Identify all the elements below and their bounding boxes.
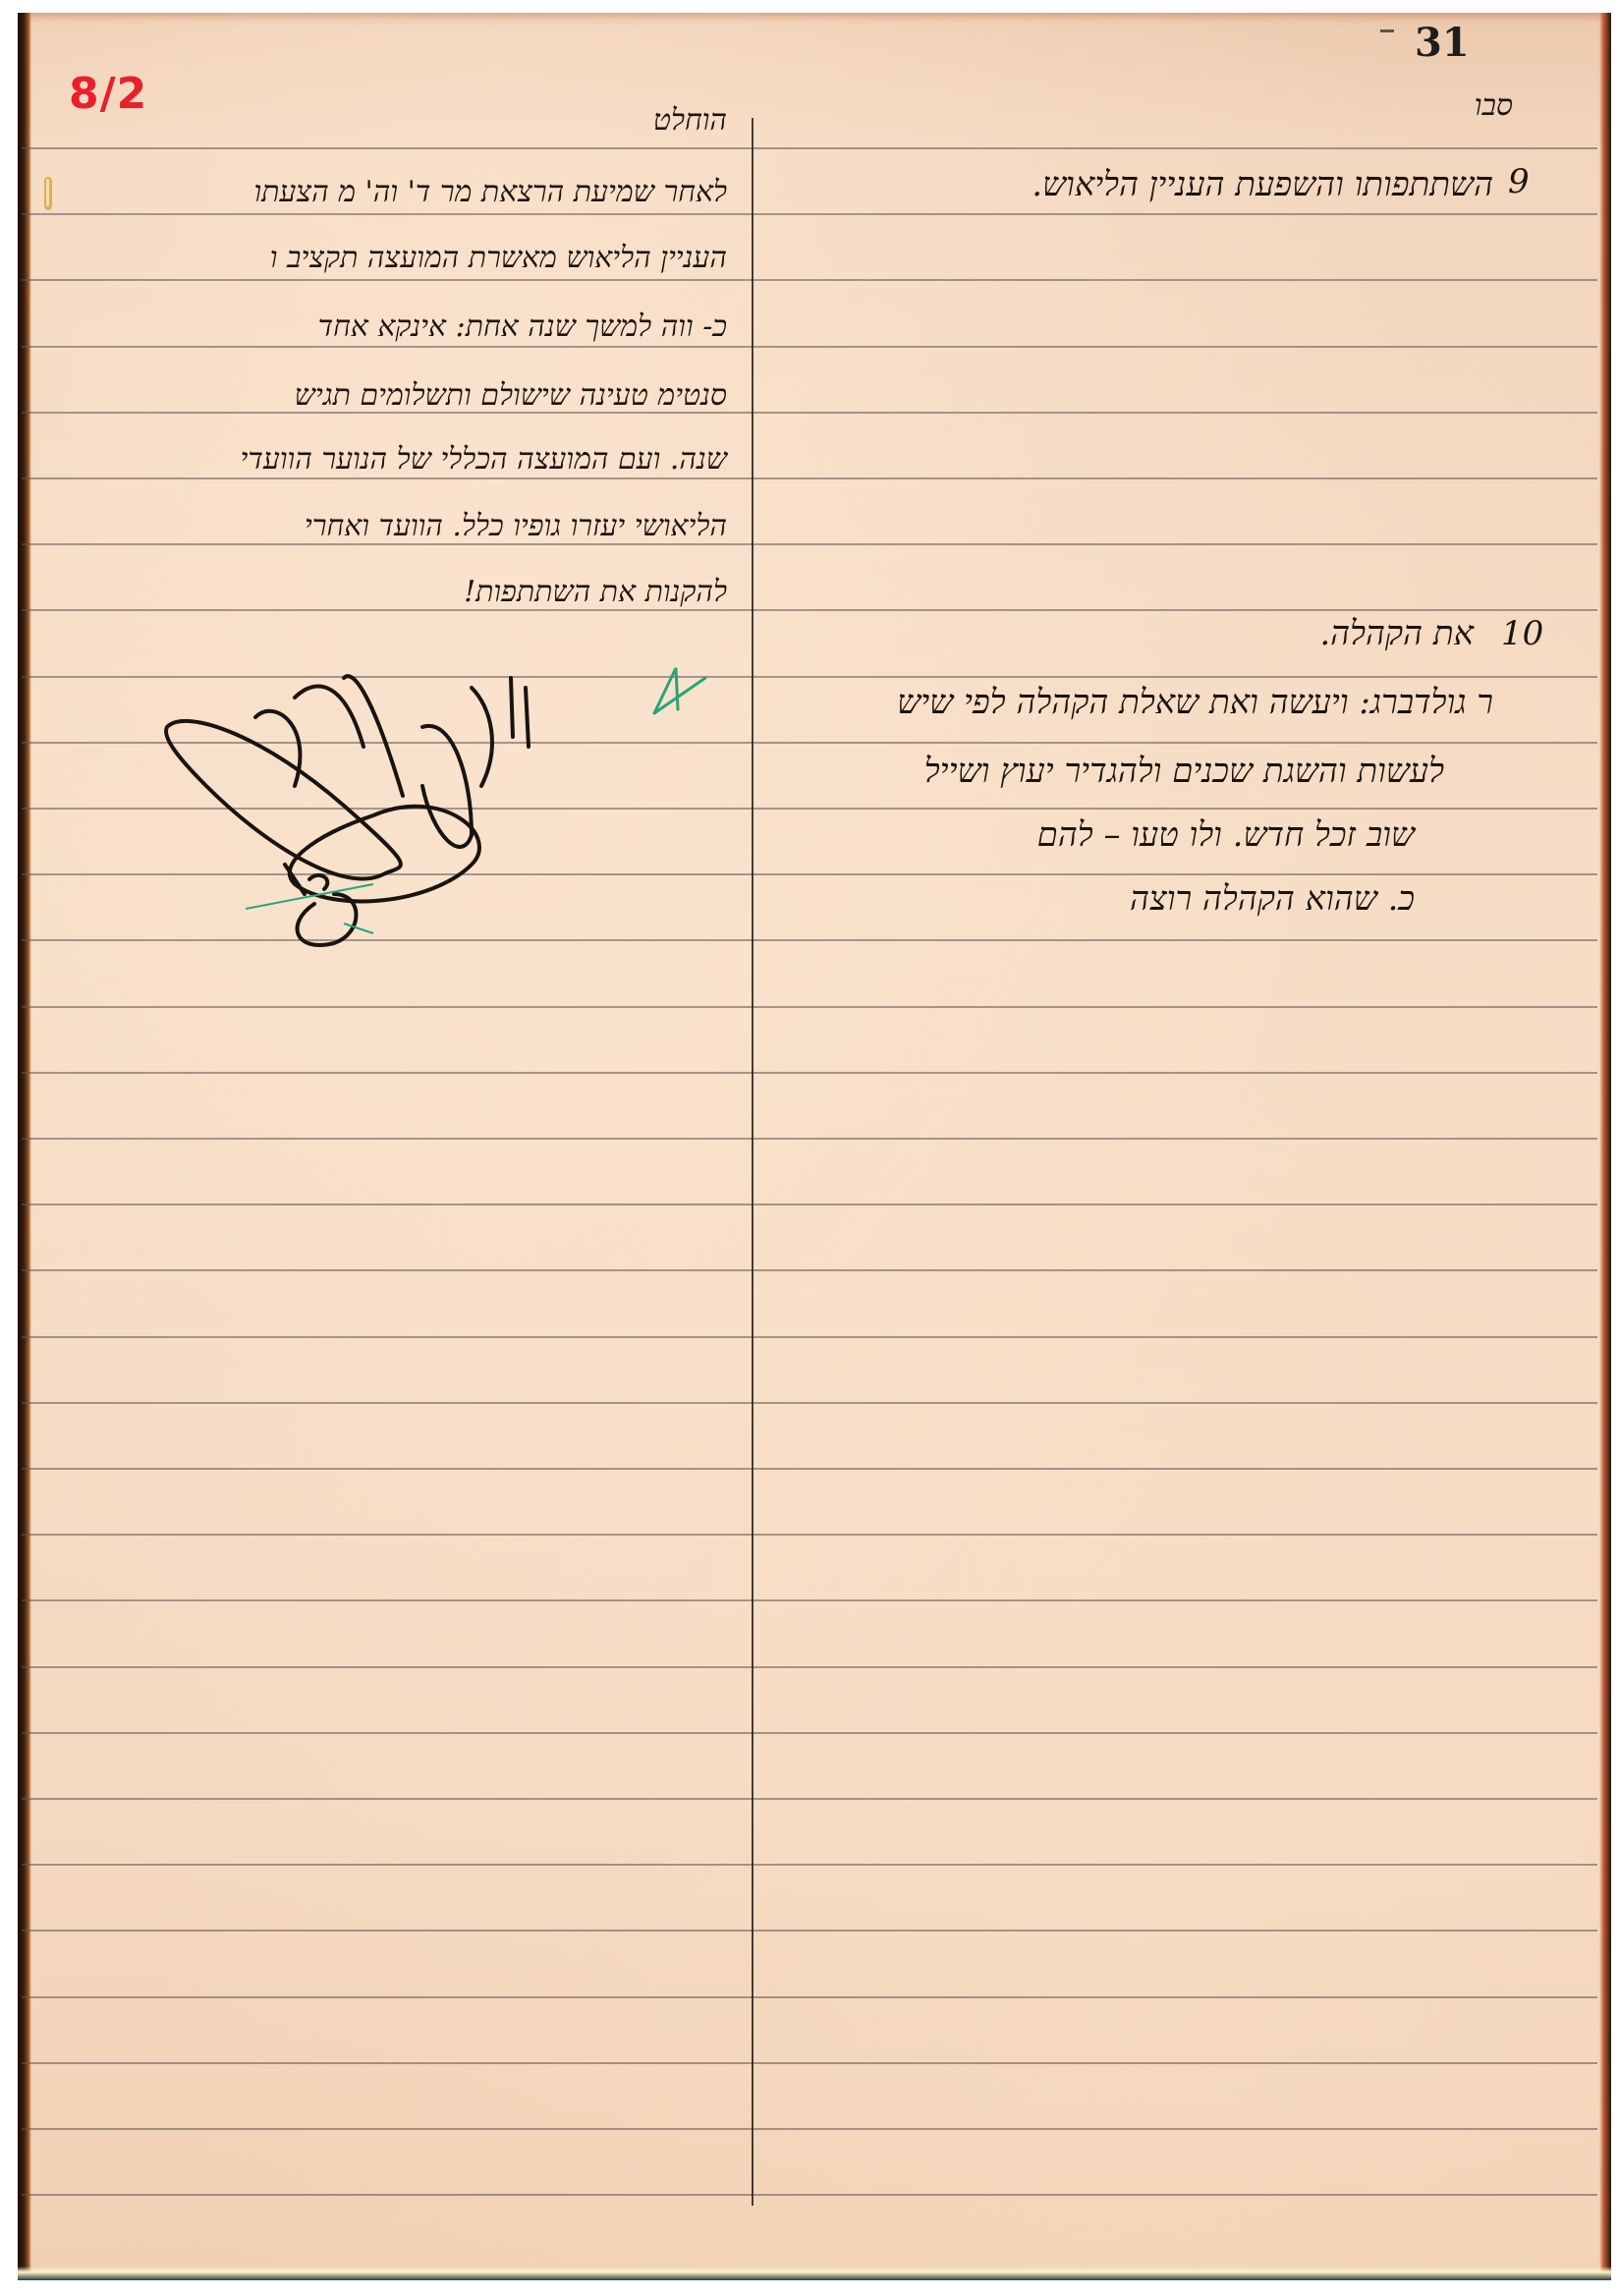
- page-number: 31: [1415, 20, 1470, 66]
- right-header-mark: סבו: [1415, 88, 1513, 123]
- ruled-line: [22, 1534, 1597, 1536]
- brass-pin-icon: [41, 177, 55, 210]
- ruled-line: [22, 1732, 1597, 1734]
- page-bottom-edge: [18, 2267, 1611, 2280]
- item-9-line-1: השתתפותו והשפעת העניין הליאוש.: [982, 165, 1493, 204]
- ruled-line: [22, 1204, 1597, 1205]
- item-10-line-4: שוב זכל חדש. ולו טעו – להם: [806, 815, 1415, 855]
- ruled-line: [22, 1798, 1597, 1800]
- left-line-6: הליאושי יעזרו גופיו כלל. הוועד ואחרי: [98, 509, 727, 543]
- item-10-line-2: ר גולדברג: ויעשה ואת שאלת הקהלה לפי שיש: [786, 683, 1493, 722]
- page-right-edge: [1599, 13, 1611, 2280]
- item-10-line-5: כ. שהוא הקהלה רוצה: [933, 879, 1415, 919]
- left-line-1: לאחר שמיעת הרצאת מר ד' וה' מ הצעתו: [69, 175, 727, 209]
- ruled-line: [22, 279, 1597, 281]
- item-10-number: 10: [1501, 614, 1543, 653]
- ruled-line: [22, 1599, 1597, 1601]
- left-line-7: להקנות את השתתפות!: [334, 575, 727, 609]
- ruled-line: [22, 477, 1597, 479]
- ruled-line: [22, 1138, 1597, 1140]
- item-10-line-1: את הקהלה.: [1081, 614, 1474, 653]
- page-left-binding-edge: [18, 13, 31, 2280]
- ruled-line: [22, 2128, 1597, 2130]
- page-number-dash: [1380, 29, 1394, 32]
- item-10-line-3: לעשות והשגת שכנים ולהגדיר יעוץ ושייל: [776, 752, 1444, 791]
- ruled-line: [22, 1930, 1597, 1932]
- item-9-number: 9: [1508, 162, 1530, 201]
- left-line-2: העניין הליאוש מאשרת המועצה תקציב ו: [108, 241, 727, 275]
- ruled-line: [22, 1402, 1597, 1404]
- ruled-line: [22, 1996, 1597, 1998]
- ruled-line: [22, 147, 1597, 149]
- ruled-line: [22, 543, 1597, 545]
- ruled-line: [22, 2194, 1597, 2196]
- column-divider: [752, 118, 754, 2206]
- ruled-line: [22, 1072, 1597, 1074]
- left-header-mark: הוחלט: [609, 103, 727, 138]
- ruled-line: [22, 1336, 1597, 1338]
- handwritten-signature: [147, 639, 698, 953]
- red-stamp-label: 8/2: [69, 69, 147, 119]
- ruled-line: [22, 1666, 1597, 1668]
- ruled-line: [22, 1468, 1597, 1470]
- ruled-line: [22, 213, 1597, 215]
- left-line-5: שנה. ועם המועצה הכללי של הנוער הוועדי: [88, 442, 727, 476]
- left-line-4: סנטימ טעינה שישולם ותשלומים תגיש: [69, 378, 727, 413]
- green-check-mark-icon: [648, 658, 707, 717]
- ruled-line: [22, 2062, 1597, 2064]
- document-page: [18, 13, 1611, 2280]
- ruled-line: [22, 1006, 1597, 1008]
- ruled-line: [22, 1864, 1597, 1866]
- left-line-3: כ- ווה למשך שנה אחת: אינקא אחד: [69, 309, 727, 344]
- ruled-line: [22, 1269, 1597, 1271]
- ruled-line: [22, 346, 1597, 348]
- ruled-line: [22, 609, 1597, 611]
